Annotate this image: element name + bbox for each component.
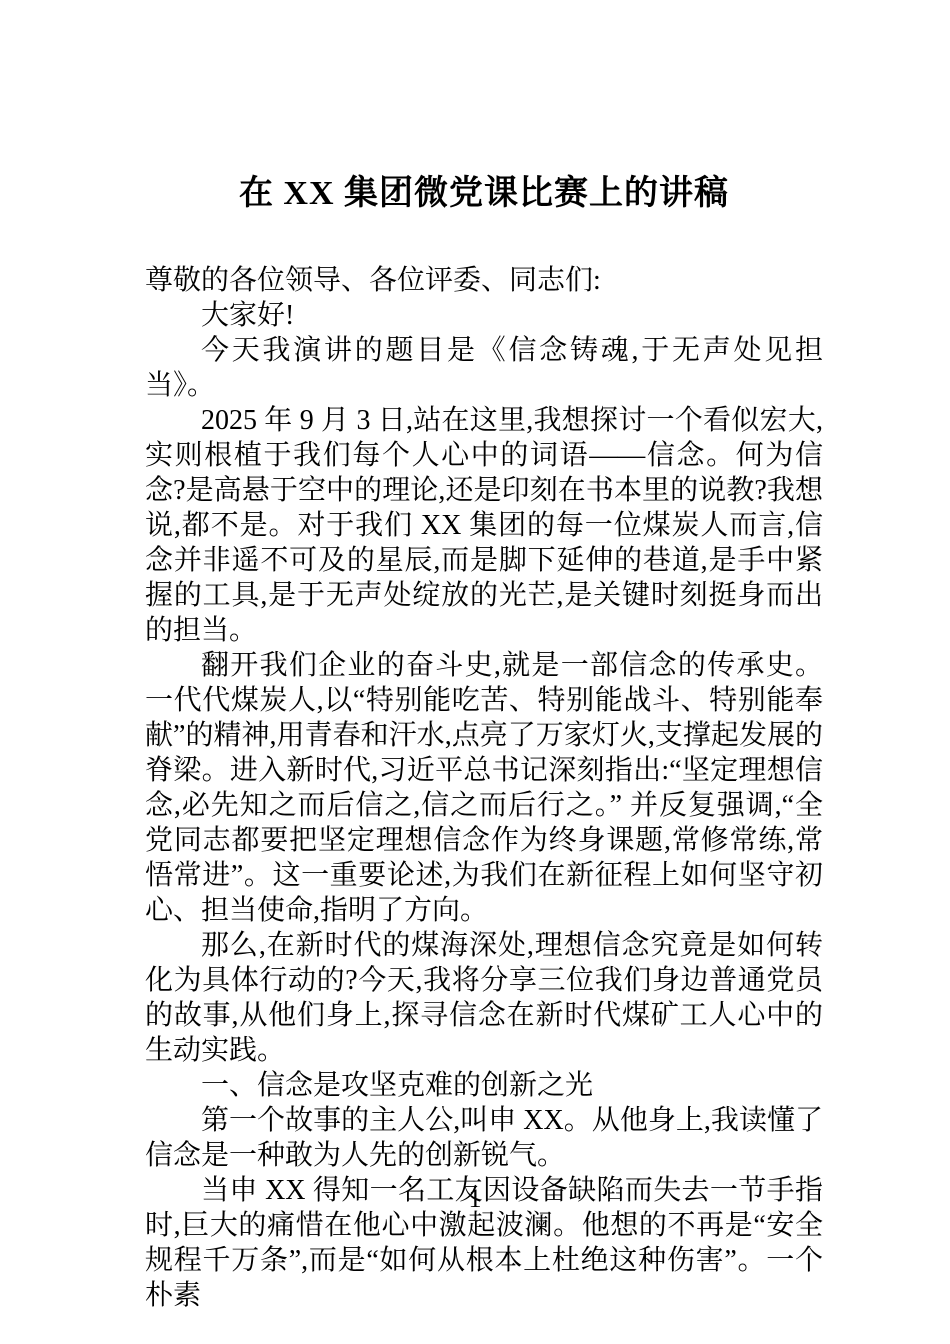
page-number: 1	[0, 1184, 950, 1214]
paragraph-history: 翻开我们企业的奋斗史,就是一部信念的传承史。一代代煤炭人,以“特别能吃苦、特别能…	[145, 648, 823, 928]
paragraph-topic: 今天我演讲的题目是《信念铸魂,于无声处见担当》。	[145, 333, 823, 403]
paragraph-transition: 那么,在新时代的煤海深处,理想信念究竟是如何转化为具体行动的?今天,我将分享三位…	[145, 928, 823, 1068]
document-content: 在 XX 集团微党课比赛上的讲稿 尊敬的各位领导、各位评委、同志们: 大家好! …	[145, 172, 823, 1313]
paragraph-first-story: 第一个故事的主人公,叫申 XX。从他身上,我读懂了信念是一种敢为人先的创新锐气。	[145, 1103, 823, 1173]
section-heading-one: 一、信念是攻坚克难的创新之光	[145, 1068, 823, 1103]
paragraph-greeting: 大家好!	[145, 298, 823, 333]
paragraph-salutation: 尊敬的各位领导、各位评委、同志们:	[145, 263, 823, 298]
paragraph-intro-belief: 2025 年 9 月 3 日,站在这里,我想探讨一个看似宏大,实则根植于我们每个…	[145, 403, 823, 648]
document-page: 在 XX 集团微党课比赛上的讲稿 尊敬的各位领导、各位评委、同志们: 大家好! …	[0, 0, 950, 1344]
document-title: 在 XX 集团微党课比赛上的讲稿	[145, 172, 823, 216]
